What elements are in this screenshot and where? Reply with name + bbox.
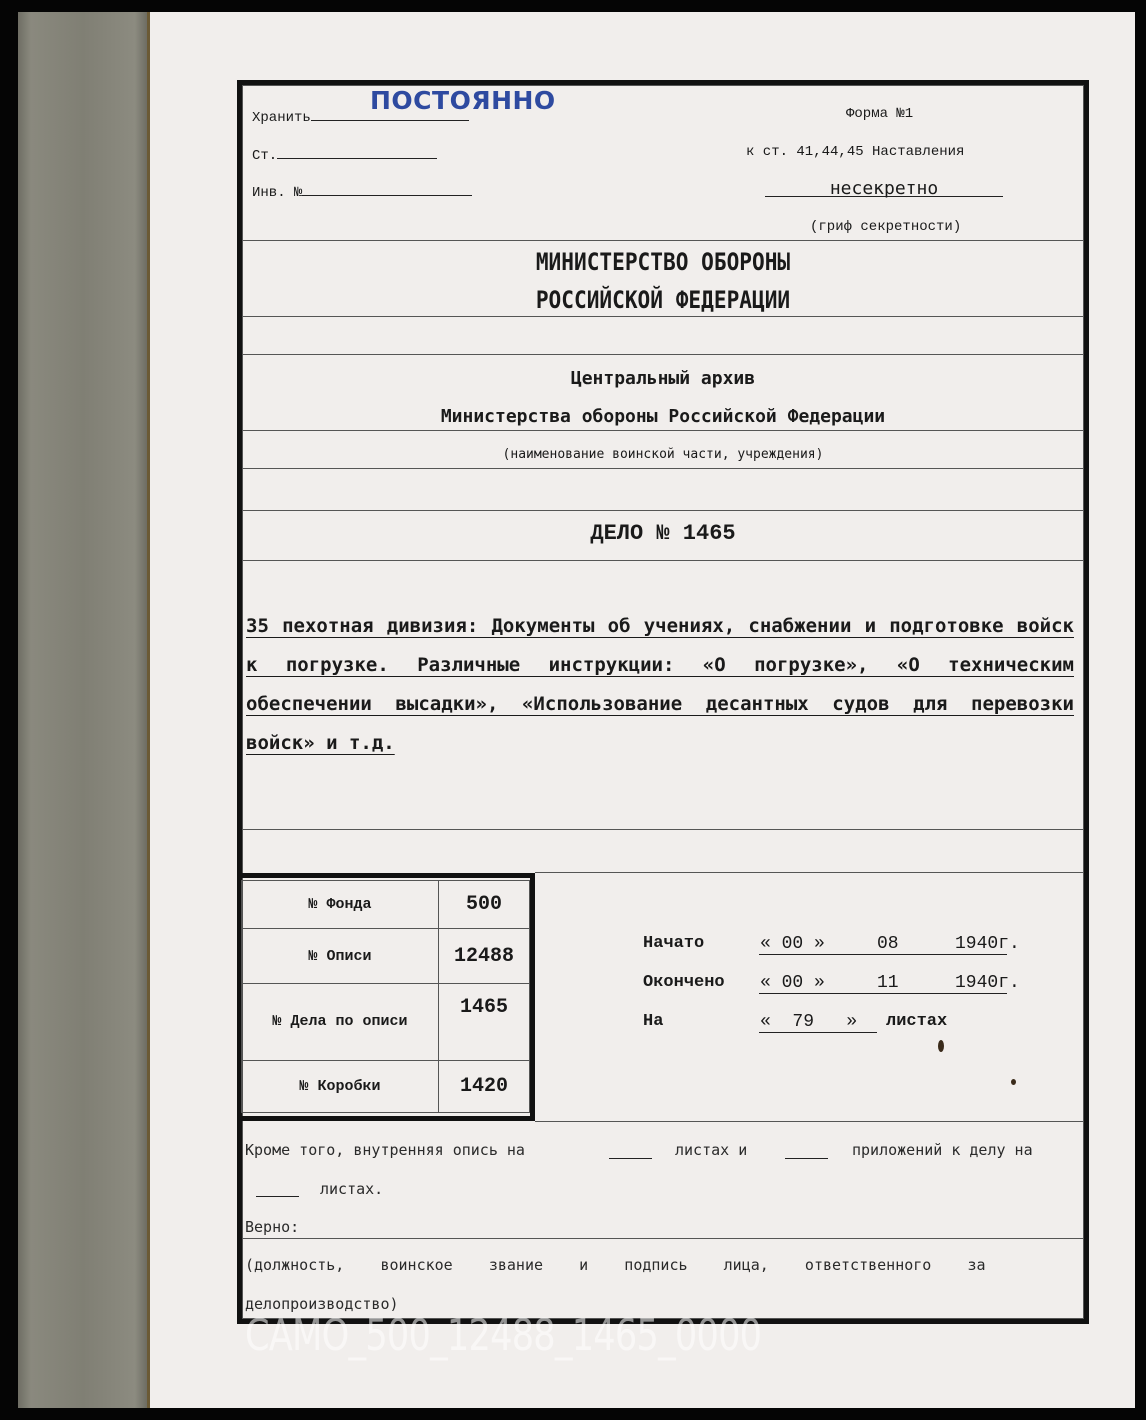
- rule: [243, 468, 1083, 469]
- ink-spot: [938, 1040, 944, 1052]
- rule: [243, 316, 1083, 317]
- fond-label: № Фонда: [242, 881, 439, 929]
- folder-spine: [18, 12, 148, 1408]
- inner-inventory-text-c: приложений к делу на: [852, 1141, 1033, 1159]
- rule: [243, 510, 1083, 511]
- signature-caption-1: (должность, воинское звание и подпись ли…: [245, 1256, 986, 1274]
- permanent-stamp: ПОСТОЯННО: [370, 86, 556, 115]
- secrecy-caption: (гриф секретности): [810, 219, 961, 235]
- rule: [535, 1121, 1083, 1122]
- table-row: № Коробки 1420: [242, 1061, 530, 1113]
- opis-value: 12488: [439, 929, 530, 984]
- ministry-line-2: РОССИЙСКОЙ ФЕДЕРАЦИИ: [293, 286, 1032, 314]
- table-row: № Описи 12488: [242, 929, 530, 984]
- inner-inventory-text-b: листах и: [675, 1141, 747, 1159]
- form-number: Форма №1: [846, 106, 913, 122]
- box-value: 1420: [439, 1061, 530, 1113]
- rule: [243, 560, 1083, 561]
- rule: [243, 829, 1083, 830]
- archive-line-1: Центральный архив: [243, 368, 1083, 389]
- sheets-suffix: листах: [886, 1012, 947, 1031]
- case-title: ДЕЛО № 1465: [243, 521, 1083, 546]
- rule: [243, 354, 1083, 355]
- case-description: 35 пехотная дивизия: Документы об учения…: [246, 607, 1074, 763]
- sheets-value: « 79 »: [760, 1012, 857, 1032]
- keep-label: Хранить: [252, 110, 311, 126]
- started-month: 08: [877, 934, 899, 954]
- finished-year: 1940г.: [955, 973, 1020, 993]
- archive-line-2: Министерства обороны Российской Федераци…: [243, 406, 1083, 427]
- finished-month: 11: [877, 973, 899, 993]
- inv-line: [302, 181, 472, 196]
- delo-value: 1465: [439, 984, 530, 1061]
- inner-inventory-text-a: Кроме того, внутренняя опись на: [245, 1141, 525, 1159]
- finished-label: Окончено: [643, 973, 725, 992]
- archive-watermark: CAMO_500_12488_1465_0000: [245, 1310, 761, 1361]
- inner-inventory-text-d: листах.: [320, 1180, 383, 1198]
- delo-label: № Дела по описи: [242, 984, 439, 1061]
- inv-field: Инв. №: [252, 181, 472, 201]
- inner-inventory-blank-1: [609, 1142, 652, 1159]
- verified-label: Верно:: [245, 1218, 299, 1236]
- rule: [243, 1238, 1083, 1239]
- rule: [243, 240, 1083, 241]
- started-year: 1940г.: [955, 934, 1020, 954]
- st-field: Ст.: [252, 144, 437, 164]
- archive-caption: (наименование воинской части, учреждения…: [243, 447, 1083, 462]
- started-day: « 00 »: [760, 934, 825, 954]
- sheets-label: На: [643, 1012, 663, 1031]
- articles-reference: к ст. 41,44,45 Наставления: [746, 144, 964, 160]
- table-row: № Фонда 500: [242, 881, 530, 929]
- started-label: Начато: [643, 934, 704, 953]
- inner-inventory-blank-2: [785, 1142, 828, 1159]
- st-label: Ст.: [252, 148, 277, 164]
- secrecy-value: несекретно: [765, 178, 1003, 199]
- finished-day: « 00 »: [760, 973, 825, 993]
- ink-spot: [1011, 1079, 1016, 1085]
- box-label: № Коробки: [242, 1061, 439, 1113]
- rule: [243, 430, 1083, 431]
- meta-table: № Фонда 500 № Описи 12488 № Дела по опис…: [241, 880, 530, 1113]
- fond-value: 500: [439, 881, 530, 929]
- rule: [535, 872, 1083, 873]
- inv-label: Инв. №: [252, 185, 302, 201]
- ministry-line-1: МИНИСТЕРСТВО ОБОРОНЫ: [293, 248, 1032, 276]
- st-line: [277, 144, 437, 159]
- inner-inventory-blank-3: [256, 1180, 299, 1197]
- opis-label: № Описи: [242, 929, 439, 984]
- table-row: № Дела по описи 1465: [242, 984, 530, 1061]
